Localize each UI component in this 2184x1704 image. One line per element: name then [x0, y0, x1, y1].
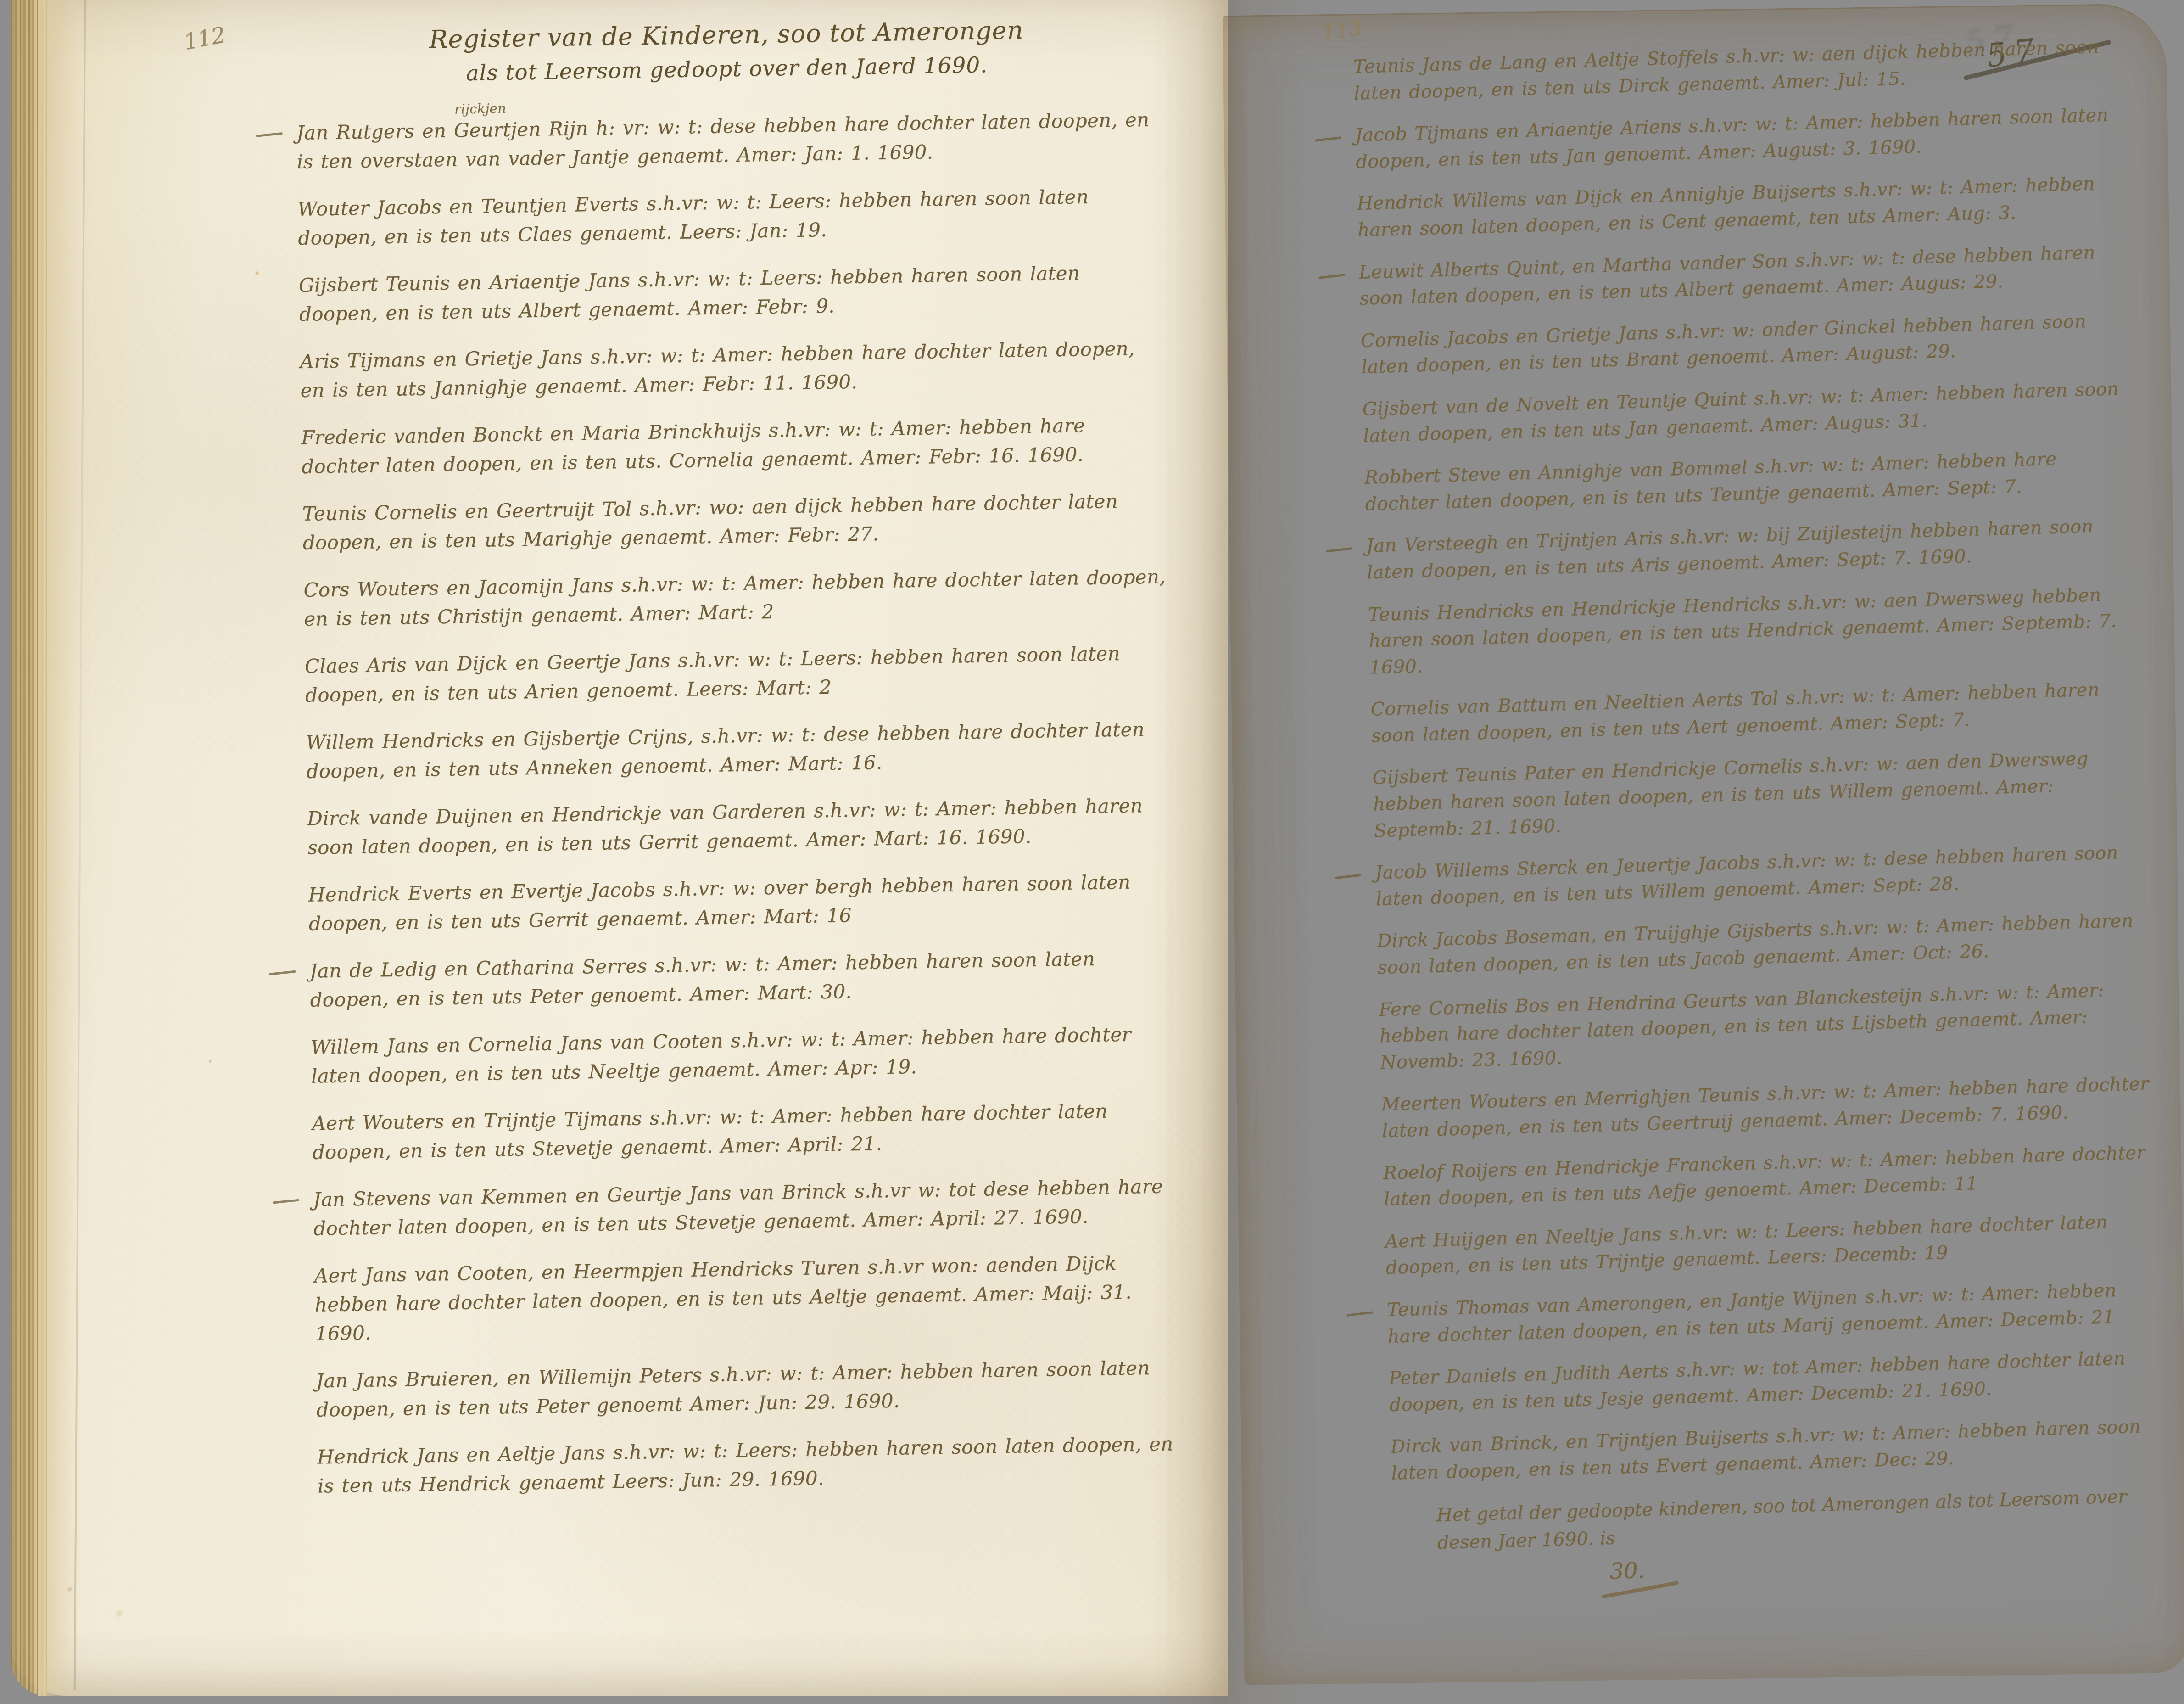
- entry-text: Jan Stevens van Kemmen en Geurtje Jans v…: [313, 1175, 1163, 1239]
- entry-text: Leuwit Alberts Quint, en Martha vander S…: [1358, 242, 2095, 309]
- baptism-entry: Aris Tijmans en Grietje Jans s.h.vr: w: …: [300, 333, 1163, 405]
- baptism-entry: Claes Aris van Dijck en Geertje Jans s.h…: [305, 638, 1168, 710]
- entry-text: Gijsbert van de Novelt en Teuntje Quint …: [1362, 378, 2119, 446]
- entry-text: Wouter Jacobs en Teuntjen Everts s.h.vr:…: [297, 185, 1089, 249]
- entry-text: Teunis Cornelis en Geertruijt Tol s.h.vr…: [302, 489, 1118, 554]
- baptism-entry: Frederic vanden Bonckt en Maria Brinckhu…: [301, 409, 1165, 481]
- entry-text: Jan de Ledig en Catharina Serres s.h.vr:…: [309, 947, 1095, 1011]
- right-page-entries: Teunis Jans de Lang en Aeltje Stoffels s…: [1353, 34, 2162, 1487]
- baptism-entry: Aert Wouters en Trijntje Tijmans s.h.vr:…: [312, 1095, 1175, 1167]
- baptism-entry: Jan Versteegh en Trijntjen Aris s.h.vr: …: [1366, 512, 2138, 586]
- entry-text: Claes Aris van Dijck en Geertje Jans s.h…: [305, 642, 1120, 706]
- entry-text: Peter Daniels en Judith Aerts s.h.vr: w:…: [1388, 1348, 2125, 1416]
- manuscript-photo: 112 113 57 Register van de Kinderen, soo…: [0, 0, 2184, 1704]
- entry-text: Hendrick Jans en Aeltje Jans s.h.vr: w: …: [317, 1432, 1173, 1497]
- baptism-entry: Aert Jans van Cooten, en Heermpjen Hendr…: [314, 1248, 1178, 1348]
- baptism-entry: Dirck vande Duijnen en Hendrickje van Ga…: [307, 790, 1171, 862]
- entry-text: Teunis Thomas van Amerongen, en Jantje W…: [1386, 1280, 2117, 1347]
- baptism-entry: Gijsbert van de Novelt en Teuntje Quint …: [1362, 376, 2134, 449]
- baptism-entry: Teunis Cornelis en Geertruijt Tol s.h.vr…: [302, 486, 1166, 557]
- entry-text: Aert Jans van Cooten, en Heermpjen Hendr…: [314, 1252, 1132, 1345]
- left-margin-notes: [44, 0, 99, 1704]
- baptism-entry: Fere Cornelis Bos en Hendrina Geurts van…: [1379, 976, 2151, 1076]
- baptism-entry: Jacob Willems Sterck en Jeuertje Jacobs …: [1375, 839, 2147, 913]
- entry-text: Dirck Jacobs Boseman, en Truijghje Gijsb…: [1377, 910, 2134, 978]
- baptism-entry: Hendrick Willems van Dijck en Annighje B…: [1357, 170, 2129, 244]
- entry-text: Cornelis van Battum en Neeltien Aerts To…: [1370, 679, 2100, 747]
- entry-text: Jan Versteegh en Trijntjen Aris s.h.vr: …: [1366, 516, 2094, 583]
- entry-text: Cors Wouters en Jacomijn Jans s.h.vr: w:…: [303, 565, 1166, 630]
- entry-text: Fere Cornelis Bos en Hendrina Geurts van…: [1379, 980, 2105, 1073]
- baptism-entry: Gijsbert Teunis Pater en Hendrickje Corn…: [1372, 744, 2145, 844]
- entry-text: Cornelis Jacobs en Grietje Jans s.h.vr: …: [1360, 311, 2086, 378]
- entry-text: Jacob Willems Sterck en Jeuertje Jacobs …: [1375, 842, 2119, 910]
- baptism-entry: Jan Stevens van Kemmen en Geurtje Jans v…: [313, 1171, 1177, 1243]
- entry-text: Jacob Tijmans en Ariaentje Ariens s.h.vr…: [1355, 105, 2109, 173]
- left-page-text: Register van de Kinderen, soo tot Ameron…: [295, 9, 1181, 1519]
- baptism-entry: Peter Daniels en Judith Aerts s.h.vr: w:…: [1388, 1345, 2161, 1419]
- left-page-entries: rijckjen Jan Rutgers en Geurtjen Rijn h:…: [296, 105, 1180, 1500]
- register-title: Register van de Kinderen, soo tot Ameron…: [295, 9, 1158, 92]
- baptism-entry: Roelof Roijers en Hendrickje Francken s.…: [1383, 1139, 2155, 1213]
- baptism-entry: Dirck Jacobs Boseman, en Truijghje Gijsb…: [1377, 908, 2149, 981]
- baptism-entry: Cors Wouters en Jacomijn Jans s.h.vr: w:…: [303, 562, 1167, 633]
- entry-text: Gijsbert Teunis en Ariaentje Jans s.h.vr…: [299, 262, 1080, 325]
- entry-text: Roelof Roijers en Hendrickje Francken s.…: [1383, 1142, 2145, 1210]
- entry-text: Gijsbert Teunis Pater en Hendrickje Corn…: [1372, 748, 2089, 841]
- baptism-entry: Dirck van Brinck, en Trijntjen Buijserts…: [1390, 1413, 2162, 1487]
- year-total-count: 30.: [1609, 1557, 1679, 1592]
- entry-text: Dirck vande Duijnen en Hendrickje van Ga…: [307, 794, 1143, 859]
- baptism-entry: Jan Jans Bruieren, en Willemijn Peters s…: [316, 1353, 1179, 1424]
- baptism-entry: Gijsbert Teunis en Ariaentje Jans s.h.vr…: [298, 257, 1162, 329]
- entry-text: Aris Tijmans en Grietje Jans s.h.vr: w: …: [300, 337, 1135, 402]
- baptism-entry: Wouter Jacobs en Teuntjen Everts s.h.vr:…: [297, 181, 1161, 252]
- baptism-entry: Jan de Ledig en Catharina Serres s.h.vr:…: [309, 943, 1173, 1015]
- right-page-text: Teunis Jans de Lang en Aeltje Stoffels s…: [1353, 34, 2165, 1598]
- baptism-entry: Cornelis van Battum en Neeltien Aerts To…: [1370, 676, 2143, 750]
- entry-text: Aert Wouters en Trijntje Tijmans s.h.vr:…: [312, 1099, 1108, 1163]
- interline-note: rijckjen: [454, 98, 507, 119]
- baptism-entry: Meerten Wouters en Merrighjen Teunis s.h…: [1381, 1071, 2153, 1145]
- baptism-entry: Hendrick Everts en Evertje Jacobs s.h.vr…: [308, 867, 1172, 938]
- entry-text: Robbert Steve en Annighje van Bommel s.h…: [1364, 448, 2056, 515]
- baptism-entry: Cornelis Jacobs en Grietje Jans s.h.vr: …: [1360, 307, 2133, 381]
- baptism-entry: rijckjen Jan Rutgers en Geurtjen Rijn h:…: [296, 105, 1160, 176]
- baptism-entry: Leuwit Alberts Quint, en Martha vander S…: [1358, 239, 2131, 313]
- entry-text: Willem Jans en Cornelia Jans van Cooten …: [311, 1023, 1132, 1087]
- year-total-summary: Het getal der gedoopte kinderen, soo tot…: [1436, 1482, 2164, 1557]
- entry-text: Teunis Hendricks en Hendrickje Hendricks…: [1368, 584, 2117, 678]
- baptism-entry: Teunis Hendricks en Hendrickje Hendricks…: [1368, 581, 2140, 681]
- baptism-entry: Robbert Steve en Annighje van Bommel s.h…: [1364, 444, 2136, 518]
- entry-text: Willem Hendricks en Gijsbertje Crijns, s…: [306, 718, 1145, 783]
- entry-text: Hendrick Everts en Evertje Jacobs s.h.vr…: [308, 870, 1130, 935]
- baptism-entry: Willem Jans en Cornelia Jans van Cooten …: [311, 1019, 1174, 1091]
- entry-text: Jan Rutgers en Geurtjen Rijn h: vr: w: t…: [296, 108, 1149, 173]
- baptism-entry: Aert Huijgen en Neeltje Jans s.h.vr: w: …: [1385, 1208, 2157, 1282]
- entry-text: Aert Huijgen en Neeltje Jans s.h.vr: w: …: [1385, 1211, 2108, 1278]
- baptism-entry: Jacob Tijmans en Ariaentje Ariens s.h.vr…: [1355, 102, 2127, 176]
- baptism-entry: Hendrick Jans en Aeltje Jans s.h.vr: w: …: [317, 1429, 1181, 1501]
- entry-text: Dirck van Brinck, en Trijntjen Buijserts…: [1390, 1416, 2141, 1484]
- baptism-entry: Teunis Thomas van Amerongen, en Jantje W…: [1386, 1277, 2159, 1351]
- baptism-entry: Willem Hendricks en Gijsbertje Crijns, s…: [306, 714, 1169, 786]
- entry-text: Meerten Wouters en Merrighjen Teunis s.h…: [1381, 1073, 2149, 1142]
- entry-text: Jan Jans Bruieren, en Willemijn Peters s…: [316, 1356, 1150, 1421]
- entry-text: Frederic vanden Bonckt en Maria Brinckhu…: [301, 414, 1085, 478]
- entry-text: Hendrick Willems van Dijck en Annighje B…: [1357, 174, 2095, 241]
